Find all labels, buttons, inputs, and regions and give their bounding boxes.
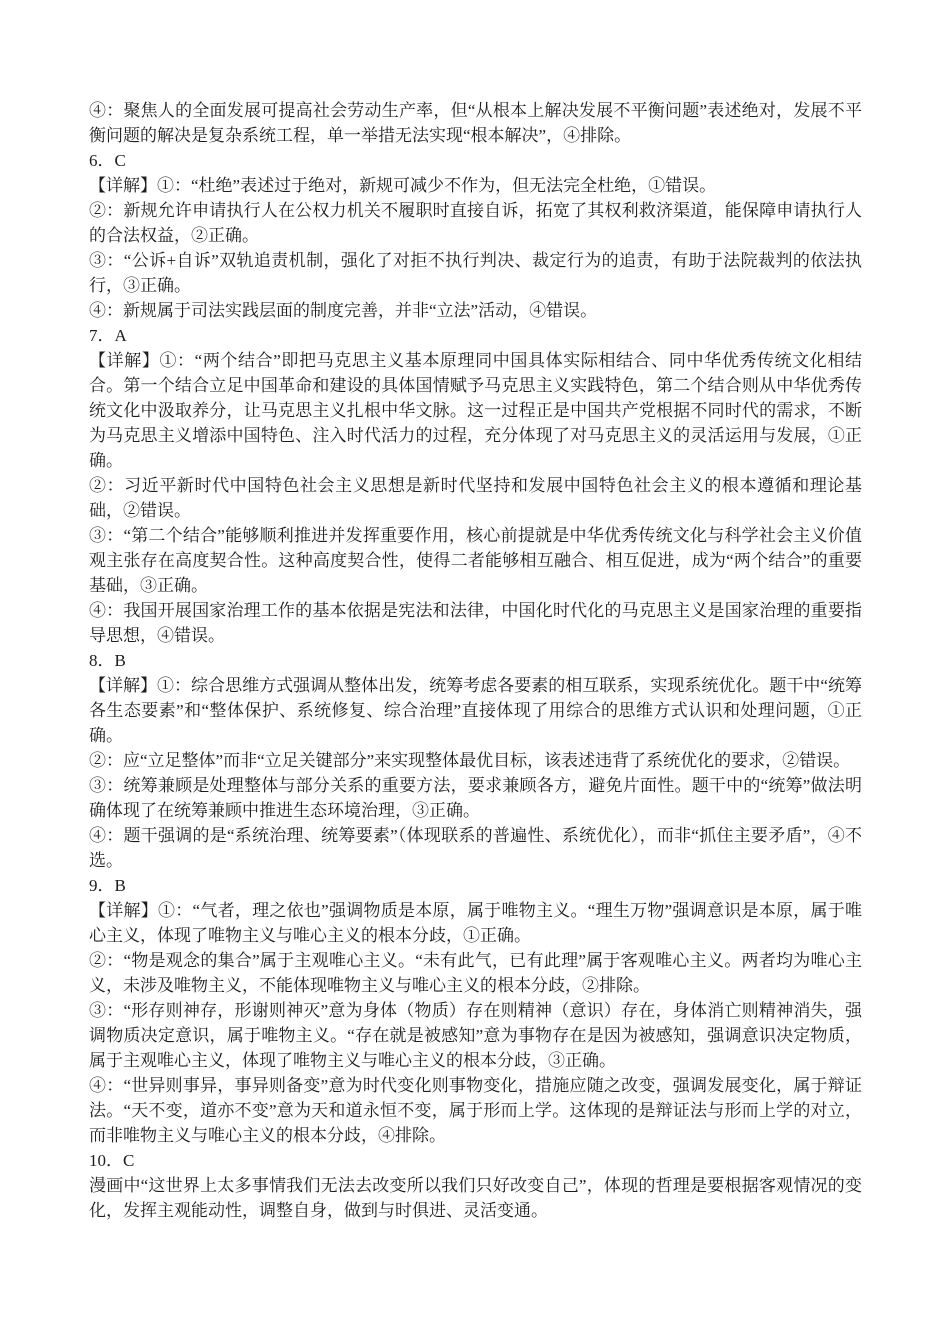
explanation-paragraph: ④：新规属于司法实践层面的制度完善，并非“立法”活动，④错误。 [89, 298, 862, 323]
explanation-paragraph: ④：我国开展国家治理工作的基本依据是宪法和法律，中国化时代化的马克思主义是国家治… [89, 598, 862, 648]
explanation-paragraph: ③：“第二个结合”能够顺利推进并发挥重要作用，核心前提就是中华优秀传统文化与科学… [89, 523, 862, 598]
explanation-paragraph: 【详解】①：“气者，理之依也”强调物质是本原，属于唯物主义。“理生万物”强调意识… [89, 898, 862, 948]
explanation-paragraph: ④：聚焦人的全面发展可提高社会劳动生产率，但“从根本上解决发展不平衡问题”表述绝… [89, 98, 862, 148]
explanation-paragraph: ④：题干强调的是“系统治理、统筹要素”（体现联系的普遍性、系统优化），而非“抓住… [89, 823, 862, 873]
explanation-paragraph: ③：“公诉+自诉”双轨追责机制，强化了对拒不执行判决、裁定行为的追责，有助于法院… [89, 248, 862, 298]
explanation-paragraph: ③：统筹兼顾是处理整体与部分关系的重要方法，要求兼顾各方，避免片面性。题干中的“… [89, 773, 862, 823]
explanation-paragraph: ②：新规允许申请执行人在公权力机关不履职时直接自诉，拓宽了其权利救济渠道，能保障… [89, 198, 862, 248]
answer-line-q8: 8．B [89, 648, 862, 673]
explanation-paragraph: 漫画中“这世界上太多事情我们无法去改变所以我们只好改变自己”，体现的哲理是要根据… [89, 1173, 862, 1223]
explanation-paragraph: ④：“世异则事异，事异则备变”意为时代变化则事物变化，措施应随之改变，强调发展变… [89, 1073, 862, 1148]
explanation-paragraph: ②：“物是观念的集合”属于主观唯心主义。“未有此气，已有此理”属于客观唯心主义。… [89, 948, 862, 998]
explanation-paragraph: 【详解】①：“杜绝”表述过于绝对，新规可减少不作为，但无法完全杜绝，①错误。 [89, 173, 862, 198]
explanation-paragraph: ③：“形存则神存，形谢则神灭”意为身体（物质）存在则精神（意识）存在，身体消亡则… [89, 998, 862, 1073]
answer-line-q6: 6．C [89, 148, 862, 173]
answer-line-q9: 9．B [89, 873, 862, 898]
explanation-paragraph: 【详解】①：综合思维方式强调从整体出发，统筹考虑各要素的相互联系，实现系统优化。… [89, 673, 862, 748]
explanation-paragraph: 【详解】①：“两个结合”即把马克思主义基本原理同中国具体实际相结合、同中华优秀传… [89, 348, 862, 473]
answer-line-q10: 10．C [89, 1148, 862, 1173]
answer-line-q7: 7．A [89, 323, 862, 348]
answer-key-page: ④：聚焦人的全面发展可提高社会劳动生产率，但“从根本上解决发展不平衡问题”表述绝… [89, 98, 862, 1223]
explanation-paragraph: ②：习近平新时代中国特色社会主义思想是新时代坚持和发展中国特色社会主义的根本遵循… [89, 473, 862, 523]
explanation-paragraph: ②：应“立足整体”而非“立足关键部分”来实现整体最优目标，该表述违背了系统优化的… [89, 748, 862, 773]
